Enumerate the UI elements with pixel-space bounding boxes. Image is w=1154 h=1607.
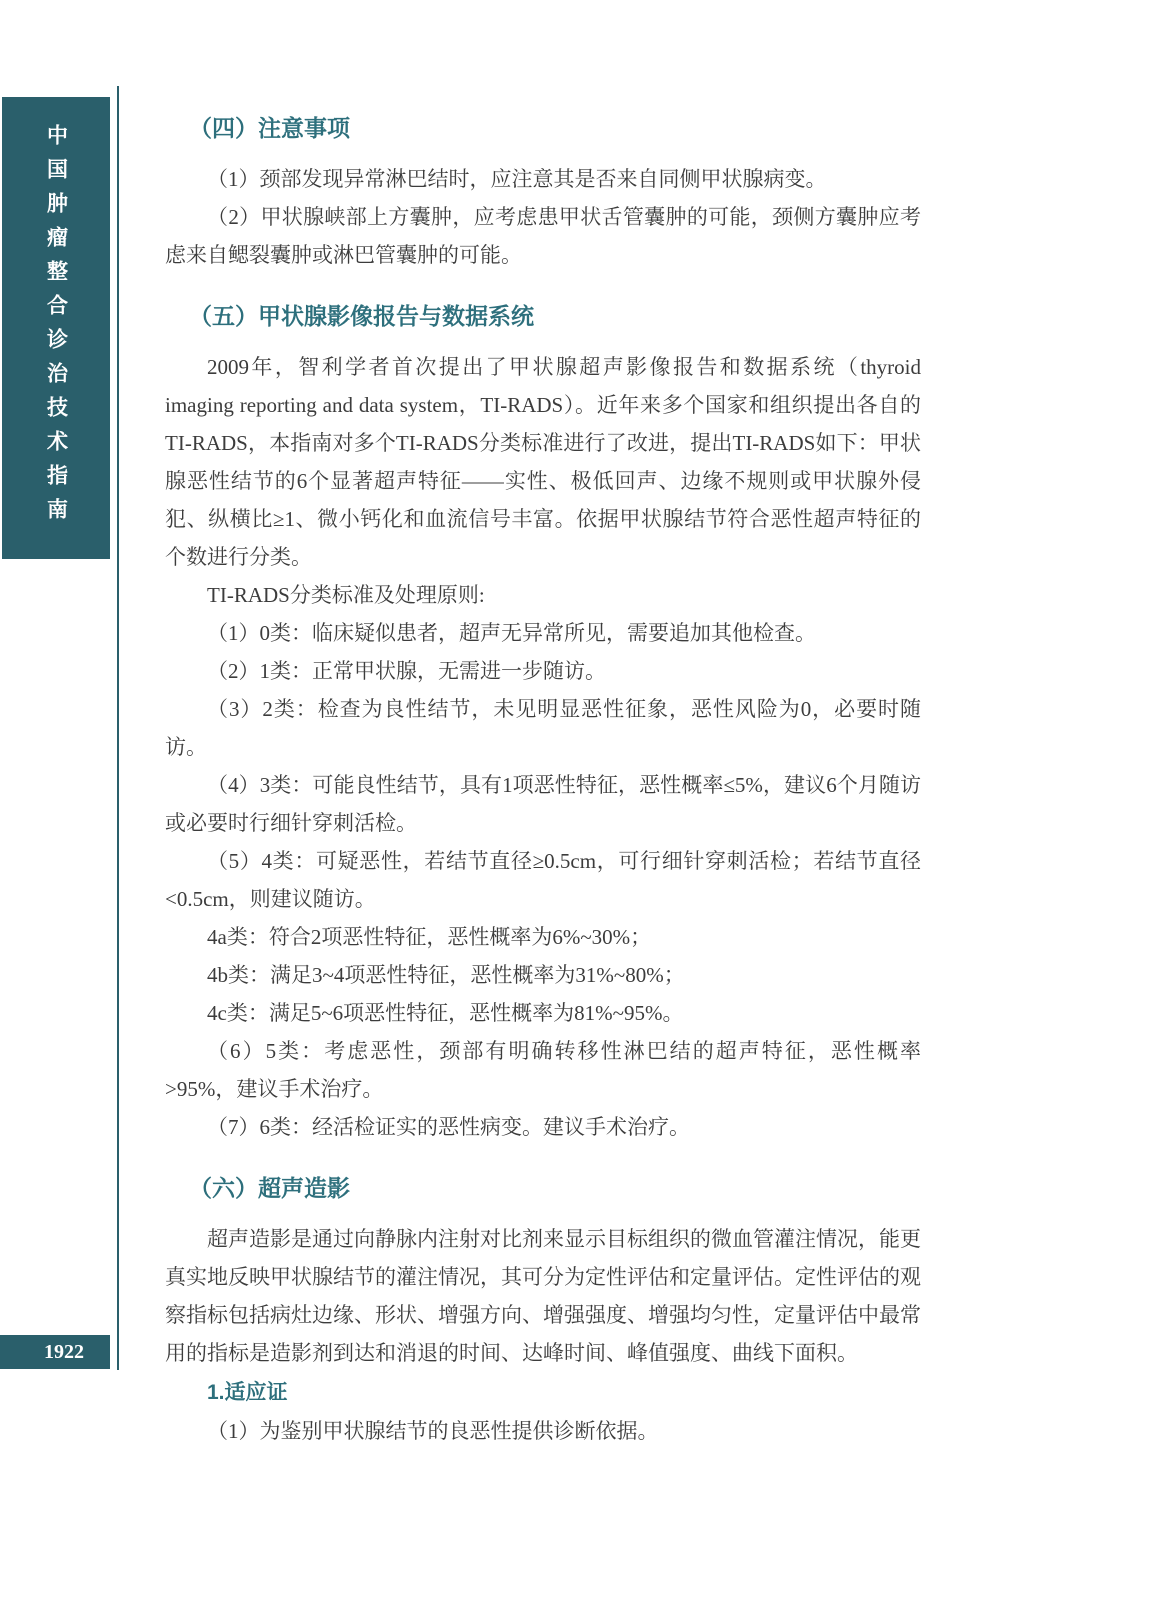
tirads-item-class4b: 4b类：满足3~4项恶性特征，恶性概率为31%~80%； [165, 956, 921, 994]
tirads-item-class4c: 4c类：满足5~6项恶性特征，恶性概率为81%~95%。 [165, 994, 921, 1032]
ceus-intro-paragraph: 超声造影是通过向静脉内注射对比剂来显示目标组织的微血管灌注情况，能更真实地反映甲… [165, 1220, 921, 1372]
subsection-heading-indications: 1.适应证 [165, 1374, 921, 1412]
tirads-item-class0: （1）0类：临床疑似患者，超声无异常所见，需要追加其他检查。 [165, 614, 921, 652]
main-content: （四）注意事项 （1）颈部发现异常淋巴结时，应注意其是否来自同侧甲状腺病变。 （… [165, 0, 921, 1450]
book-title-vertical: 中国肿瘤整合诊治技术指南 [46, 124, 67, 532]
tirads-item-class2: （3）2类：检查为良性结节，未见明显恶性征象，恶性风险为0，必要时随访。 [165, 690, 921, 766]
tirads-item-class4a: 4a类：符合2项恶性特征，恶性概率为6%~30%； [165, 918, 921, 956]
tirads-item-class4: （5）4类：可疑恶性，若结节直径≥0.5cm，可行细针穿刺活检；若结节直径<0.… [165, 842, 921, 918]
tirads-item-class3: （4）3类：可能良性结节，具有1项恶性特征，恶性概率≤5%，建议6个月随访或必要… [165, 766, 921, 842]
tirads-item-class1: （2）1类：正常甲状腺，无需进一步随访。 [165, 652, 921, 690]
section-heading-notes: （四）注意事项 [165, 112, 921, 144]
page-number-badge: 1922 [0, 1335, 110, 1369]
note-item-2: （2）甲状腺峡部上方囊肿，应考虑患甲状舌管囊肿的可能，颈侧方囊肿应考虑来自鳃裂囊… [165, 198, 921, 274]
tirads-list-title: TI-RADS分类标准及处理原则: [165, 576, 921, 614]
vertical-rule [117, 86, 119, 1370]
section-heading-ceus: （六）超声造影 [165, 1172, 921, 1204]
section-heading-tirads: （五）甲状腺影像报告与数据系统 [165, 300, 921, 332]
tirads-item-class5: （6）5类：考虑恶性，颈部有明确转移性淋巴结的超声特征，恶性概率>95%，建议手… [165, 1032, 921, 1108]
tirads-item-class6: （7）6类：经活检证实的恶性病变。建议手术治疗。 [165, 1108, 921, 1146]
indication-item-1: （1）为鉴别甲状腺结节的良恶性提供诊断依据。 [165, 1412, 921, 1450]
tirads-intro-paragraph: 2009年，智利学者首次提出了甲状腺超声影像报告和数据系统（thyroid im… [165, 348, 921, 576]
book-spine-banner: 中国肿瘤整合诊治技术指南 [2, 97, 110, 559]
note-item-1: （1）颈部发现异常淋巴结时，应注意其是否来自同侧甲状腺病变。 [165, 160, 921, 198]
page-number: 1922 [44, 1341, 84, 1363]
document-page: 中国肿瘤整合诊治技术指南 1922 （四）注意事项 （1）颈部发现异常淋巴结时，… [0, 0, 1154, 1607]
